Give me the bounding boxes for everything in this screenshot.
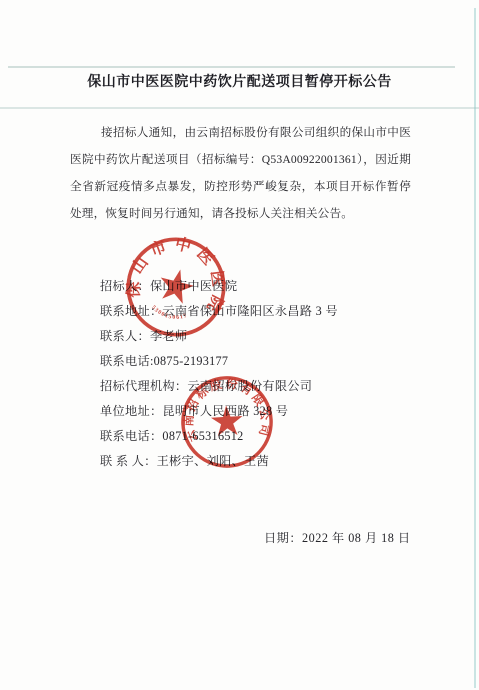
contact-info-block: 招标人：保山市中医医院 联系地址：云南省保山市隆阳区永昌路 3 号 联系人：李老…	[100, 274, 338, 474]
info-line-agency-address: 单位地址：昆明市人民西路 328 号	[100, 399, 338, 424]
info-line-agency: 招标代理机构：云南招标股份有限公司	[100, 374, 338, 399]
info-line-bidder-phone: 联系电话:0875-2193177	[100, 349, 338, 374]
info-line-agency-contacts: 联 系 人：王彬宇、刘阳、王茜	[100, 449, 338, 474]
notice-body: 接招标人通知，由云南招标股份有限公司组织的保山市中医医院中药饮片配送项目（招标编…	[70, 119, 411, 227]
notice-title: 保山市中医医院中药饮片配送项目暂停开标公告	[0, 71, 479, 91]
scan-artifact-line	[8, 66, 455, 68]
info-line-bidder-address: 联系地址：云南省保山市隆阳区永昌路 3 号	[100, 299, 338, 324]
info-line-bidder: 招标人：保山市中医医院	[100, 274, 338, 299]
info-line-agency-phone: 联系电话：0871-65316512	[100, 424, 338, 449]
info-line-bidder-contact: 联系人：李老师	[100, 324, 338, 349]
page-edge-line	[474, 8, 476, 688]
document-page: 保山市中医医院中药饮片配送项目暂停开标公告 接招标人通知，由云南招标股份有限公司…	[0, 0, 479, 690]
scan-artifact-line	[0, 107, 479, 109]
date-line: 日期：2022 年 08 月 18 日	[264, 529, 411, 546]
